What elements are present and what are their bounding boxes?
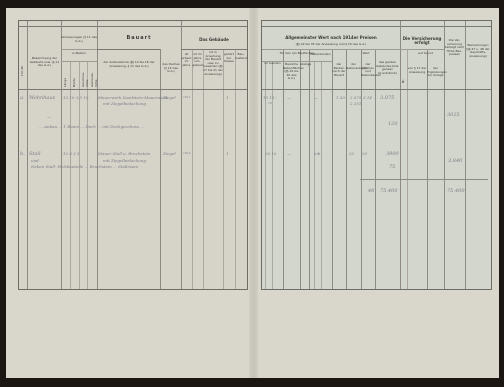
header-divider xyxy=(97,49,160,50)
row-a-neben: — xyxy=(287,95,291,100)
header-umgebaut: ist im Jahre um-gebaut xyxy=(192,53,203,67)
header-bewertung: ist in Ansehung der Bauart usw. zu bewer… xyxy=(203,51,223,76)
row-a-qm: 10 15,- xyxy=(263,95,277,100)
row-b2-w4: 75 xyxy=(389,164,395,170)
row-a2-bezeichnung: — xyxy=(47,114,51,119)
header-vers-auf-grund: auf Grund xyxy=(407,52,444,56)
col-divider xyxy=(407,49,408,289)
row-a-bezeichnung: Wohnhaus xyxy=(29,95,55,101)
row-a-bauart2: mit Ziegelbedachung xyxy=(103,101,146,106)
col-divider xyxy=(321,61,322,289)
header-bottom-line xyxy=(19,89,247,90)
column-number-row xyxy=(19,21,247,27)
row-b-end: 3.840 xyxy=(448,158,462,164)
left-page-table: Lfd. Nr. Bezeichnung der Gebäude usw. (§… xyxy=(18,20,248,290)
header-divider xyxy=(400,49,444,50)
col-divider xyxy=(192,49,193,289)
row-b2-bezeichnung: und xyxy=(31,158,39,163)
header-bauzustand: Bau-zustand xyxy=(235,53,247,60)
header-abmessungen: Abmessungen (§ 11 des G.A.) xyxy=(61,36,97,43)
col-divider xyxy=(465,21,466,289)
row-b-klasse: 1 xyxy=(226,151,229,156)
header-divider xyxy=(61,49,97,50)
col-divider xyxy=(361,49,362,289)
header-allgemeinster-wert: Allgemeinster Wert nach 1914er Preisen xyxy=(262,36,400,40)
header-wert-flaechen: der Flächen und Nebenbauten xyxy=(361,63,375,77)
row-b-bauart: Mauer Stall u. Bruchstein xyxy=(98,151,150,156)
row-a-w2b: 2.151 xyxy=(350,101,361,106)
header-bemerkungen: Bemerkungen (§§ 47 u. 48 der Geschäfts-a… xyxy=(465,44,491,58)
header-bezeichnung: Bezeichnung der Gebäude usw. (§ 11 des G… xyxy=(28,57,61,68)
header-divider xyxy=(262,49,400,50)
col-divider xyxy=(427,49,428,289)
header-vers-anweisung: von § 17 der Anweisung xyxy=(407,67,427,74)
row-b-dach: Ziegel xyxy=(163,151,176,156)
header-nr: Lfd. Nr. xyxy=(20,56,24,76)
row-a-nr: a. xyxy=(20,95,25,101)
right-page-table: Allgemeinster Wert nach 1914er Preisen (… xyxy=(261,20,492,290)
header-versicherungswert: Die Ver-sicherung betragt nach Höhe Bau-… xyxy=(444,39,465,57)
header-bottom-line xyxy=(262,89,491,90)
row-b-nr: b. xyxy=(20,151,25,157)
col-divider xyxy=(309,49,310,289)
row-b-abzug: mb xyxy=(314,151,320,156)
row-a-klasse: 1 xyxy=(226,95,229,100)
row-a-jahr: 1911 xyxy=(183,95,191,99)
col-divider xyxy=(332,49,333,289)
header-versicherung: Die Versicherung erfolgt xyxy=(400,37,444,44)
header-wert-bauart: der Bauten nach der Bauart xyxy=(332,63,346,77)
header-nebenbauten: Nebenbauten xyxy=(309,53,332,57)
total-nr: 48 xyxy=(368,188,374,194)
header-erbaut: ist erbaut im Jahre xyxy=(181,53,192,67)
header-klasse: gehört zur Klasse xyxy=(223,53,235,64)
header-wert-nebenanlagen: der Nebenanlagen xyxy=(346,63,361,70)
header-nebenflaechen: Bauliche Nebenflächen (§§ 16 bis 20 des … xyxy=(283,63,300,81)
row-a-w4: 3.075 xyxy=(380,95,394,101)
row-a-masse: 13 10 3,5 10 xyxy=(63,95,88,100)
row-b-w4: 3900 xyxy=(386,151,399,157)
col-divider xyxy=(375,49,376,289)
header-laenge: Länge xyxy=(63,67,67,87)
col-divider xyxy=(444,21,445,289)
header-bauart: Bauart xyxy=(97,37,181,41)
column-number-row xyxy=(262,21,491,27)
header-gebaeude: Das Gebäude xyxy=(181,38,247,42)
row-a-abzug: — xyxy=(314,95,318,100)
header-divider xyxy=(61,61,97,62)
header-nr-right: Nr. xyxy=(401,71,405,83)
header-aussenwaende: der Außenwände (§§ 14 bis 16 der Anweisu… xyxy=(99,61,159,68)
row-a-w3: 3.14 xyxy=(363,95,372,100)
row-b-w2: 20 xyxy=(362,151,367,156)
scanned-document-sheet: Lfd. Nr. Bezeichnung der Gebäude usw. (§… xyxy=(6,8,499,378)
header-dach: des Daches (§ 14 des G.A.) xyxy=(161,63,181,74)
page-gutter xyxy=(249,8,258,378)
col-divider xyxy=(203,49,204,289)
total-end: 75.400 xyxy=(447,188,465,194)
col-divider xyxy=(346,49,347,289)
row-b-jahr: 1914 xyxy=(183,151,191,155)
header-divider xyxy=(309,61,333,62)
row-b-masse: 12 6 3 5 xyxy=(63,151,80,156)
header-geschosshoehe: Geschoss-höhe xyxy=(81,67,89,87)
row-a-dach: Ziegel xyxy=(163,95,176,100)
row-b-qm: 20.10 xyxy=(265,151,276,156)
header-wert: Wert xyxy=(332,52,400,56)
header-allgemeinster-wert-sub: (§§ 22 bis 35 der Anweisung und § 20 des… xyxy=(262,43,400,47)
header-breite: Breite xyxy=(72,67,76,87)
col-divider xyxy=(300,49,301,289)
header-in-metern: in Metern xyxy=(61,52,97,56)
sum-line xyxy=(360,179,488,180)
row-a-w2: 2.075 xyxy=(350,95,361,100)
col-divider xyxy=(400,21,401,289)
row-a-qm2: 16 xyxy=(268,101,272,105)
header-vers-ergaenzung: der Ergänzungen zur Anlage xyxy=(427,67,444,78)
row-b-bauart2: mit Ziegelbedachung xyxy=(103,158,146,163)
row-b-w1: 20 xyxy=(349,151,354,156)
row-b2-note: Neben Stall- Holzbauteile ... Bruchstein… xyxy=(31,164,138,169)
row-a-end: 3025 xyxy=(447,112,460,118)
header-wert-ganzes: des ganzen Gebäudes bzw. ganzen Grundstü… xyxy=(375,61,400,75)
col-divider xyxy=(235,49,236,289)
row-b-neben: — xyxy=(287,151,291,156)
col-divider xyxy=(223,49,224,289)
row-b-bezeichnung: Stall xyxy=(29,151,41,157)
total-sum: 75.400 xyxy=(380,188,398,194)
row-a-bauart: Mauerwerk Sandstein-Mauerwerk xyxy=(98,95,168,100)
col-divider xyxy=(283,49,284,289)
col-divider xyxy=(160,49,161,289)
header-im-ganzen: im Ganzen xyxy=(262,62,283,66)
row-a2-note: ... Anbau ... 1 Raum ... Dach ... mit Da… xyxy=(39,124,144,129)
row-a-w1: 1.50 xyxy=(336,95,345,100)
row-a2-w4: 120 xyxy=(388,121,398,127)
header-abzuege: Abzüge xyxy=(300,63,309,67)
header-gebaeudehoehe: Gebäude-höhe xyxy=(90,67,98,87)
